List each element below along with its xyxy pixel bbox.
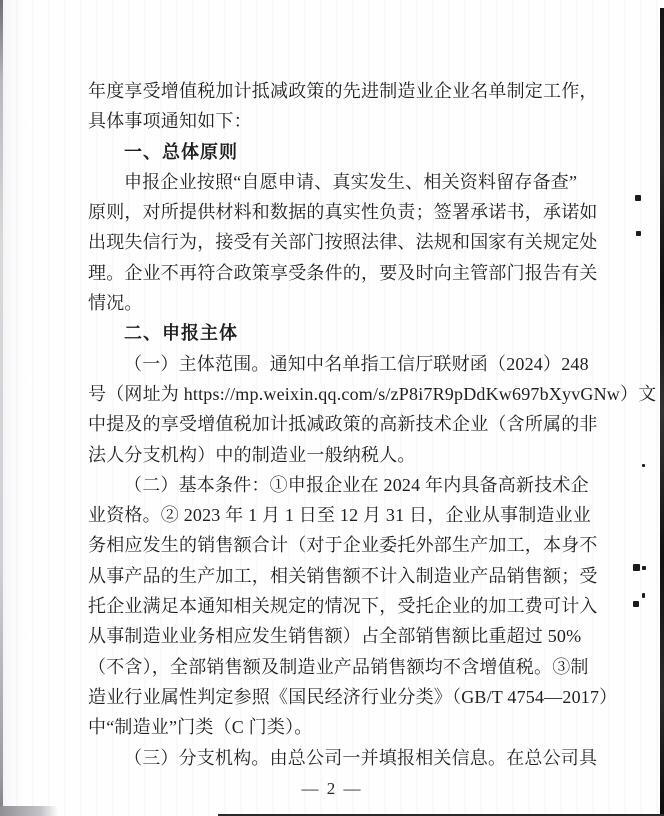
text-line: 业资格。② 2023 年 1 月 1 日至 12 月 31 日，企业从事制造业业 <box>88 500 588 530</box>
scan-edge-left <box>0 0 3 816</box>
text-line: 托企业满足本通知相关规定的情况下，受托企业的加工费可计入 <box>88 591 588 621</box>
text-line: 中“制造业”门类（C 门类）。 <box>88 712 588 742</box>
ink-speck <box>633 601 639 607</box>
ink-speck <box>635 195 641 201</box>
text-line: 原则，对所提供材料和数据的真实性负责；签署承诺书，承诺如 <box>88 197 588 227</box>
text-line: 从事产品的生产加工，相关销售额不计入制造业产品销售额；受 <box>88 561 588 591</box>
ink-speck <box>642 464 645 467</box>
scanned-document-page: 年度享受增值税加计抵减政策的先进制造业企业名单制定工作，具体事项通知如下：一、总… <box>0 0 664 816</box>
text-line: （三）分支机构。由总公司一并填报相关信息。在总公司具 <box>88 743 588 773</box>
text-line: 出现失信行为，接受有关部门按照法律、法规和国家有关规定处 <box>88 227 588 257</box>
text-line: 号（网址为 https://mp.weixin.qq.com/s/zP8i7R9… <box>88 379 588 409</box>
text-line: 造业行业属性判定参照《国民经济行业分类》（GB/T 4754—2017） <box>88 682 588 712</box>
text-line: 法人分支机构）中的制造业一般纳税人。 <box>88 440 588 470</box>
text-line: （二）基本条件：①申报企业在 2024 年内具备高新技术企 <box>88 470 588 500</box>
text-line: 务相应发生的销售额合计（对于企业委托外部生产加工，本身不 <box>88 530 588 560</box>
ink-speck <box>633 564 640 571</box>
text-line: （不含），全部销售额及制造业产品销售额均不含增值税。③制 <box>88 652 588 682</box>
text-line: 具体事项通知如下： <box>88 106 588 136</box>
section-heading: 一、总体原则 <box>88 137 588 167</box>
text-line: 情况。 <box>88 288 588 318</box>
section-heading: 二、申报主体 <box>88 318 588 348</box>
scan-corner-smudge <box>0 806 58 816</box>
page-number: — 2 — <box>0 779 664 799</box>
document-body: 年度享受增值税加计抵减政策的先进制造业企业名单制定工作，具体事项通知如下：一、总… <box>88 76 588 773</box>
text-line: 中提及的享受增值税加计抵减政策的高新技术企业（含所属的非 <box>88 409 588 439</box>
text-line: 从事制造业业务相应发生销售额）占全部销售额比重超过 50% <box>88 621 588 651</box>
text-line: （一）主体范围。通知中名单指工信厅联财函（2024）248 <box>88 349 588 379</box>
scan-edge-right <box>660 8 664 816</box>
text-line: 年度享受增值税加计抵减政策的先进制造业企业名单制定工作， <box>88 76 588 106</box>
text-line: 申报企业按照“自愿申请、真实发生、相关资料留存备查” <box>88 167 588 197</box>
ink-speck <box>642 593 645 598</box>
ink-speck <box>642 566 646 570</box>
ink-speck <box>636 231 641 236</box>
text-line: 理。企业不再符合政策享受条件的，要及时向主管部门报告有关 <box>88 258 588 288</box>
